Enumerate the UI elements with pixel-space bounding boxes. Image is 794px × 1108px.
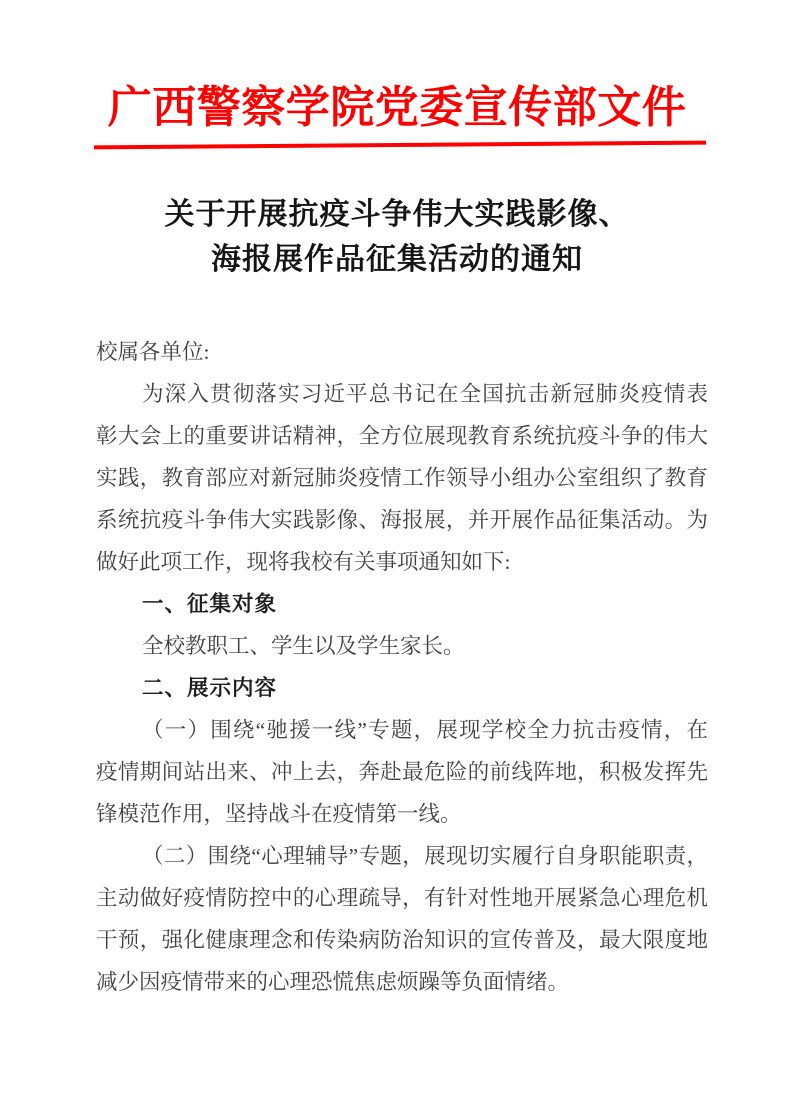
document-title-line2: 海报展作品征集活动的通知 (0, 237, 794, 282)
text-line: （一）围绕“驰援一线”专题，展现学校全力抗击疫情，在 (96, 709, 708, 751)
document-title: 关于开展抗疫斗争伟大实践影像、 海报展作品征集活动的通知 (0, 192, 794, 282)
document-body: 校属各单位:为深入贯彻落实习近平总书记在全国抗击新冠肺炎疫情表彰大会上的重要讲话… (96, 331, 708, 1003)
text-line: 为深入贯彻落实习近平总书记在全国抗击新冠肺炎疫情表 (96, 373, 708, 415)
text-line: 全校教职工、学生以及学生家长。 (96, 625, 708, 667)
section-heading: 二、展示内容 (96, 667, 708, 709)
red-header-title: 广西警察学院党委宣传部文件 (0, 82, 794, 134)
text-line: （二）围绕“心理辅导”专题，展现切实履行自身职能职责， (96, 835, 708, 877)
text-line: 校属各单位: (96, 331, 708, 373)
text-line: 彰大会上的重要讲话精神，全方位展现教育系统抗疫斗争的伟大 (96, 415, 708, 457)
text-line: 锋模范作用，坚持战斗在疫情第一线。 (96, 793, 708, 835)
text-line: 实践，教育部应对新冠肺炎疫情工作领导小组办公室组织了教育 (96, 457, 708, 499)
text-line: 干预，强化健康理念和传染病防治知识的宣传普及，最大限度地 (96, 919, 708, 961)
document-page: 广西警察学院党委宣传部文件 关于开展抗疫斗争伟大实践影像、 海报展作品征集活动的… (0, 0, 794, 1108)
text-line: 做好此项工作，现将我校有关事项通知如下: (96, 541, 708, 583)
red-divider-line (94, 141, 706, 150)
section-heading: 一、征集对象 (96, 583, 708, 625)
text-line: 主动做好疫情防控中的心理疏导，有针对性地开展紧急心理危机 (96, 877, 708, 919)
text-line: 减少因疫情带来的心理恐慌焦虑烦躁等负面情绪。 (96, 961, 708, 1003)
text-line: 疫情期间站出来、冲上去，奔赴最危险的前线阵地，积极发挥先 (96, 751, 708, 793)
text-line: 系统抗疫斗争伟大实践影像、海报展，并开展作品征集活动。为 (96, 499, 708, 541)
document-title-line1: 关于开展抗疫斗争伟大实践影像、 (0, 192, 794, 237)
